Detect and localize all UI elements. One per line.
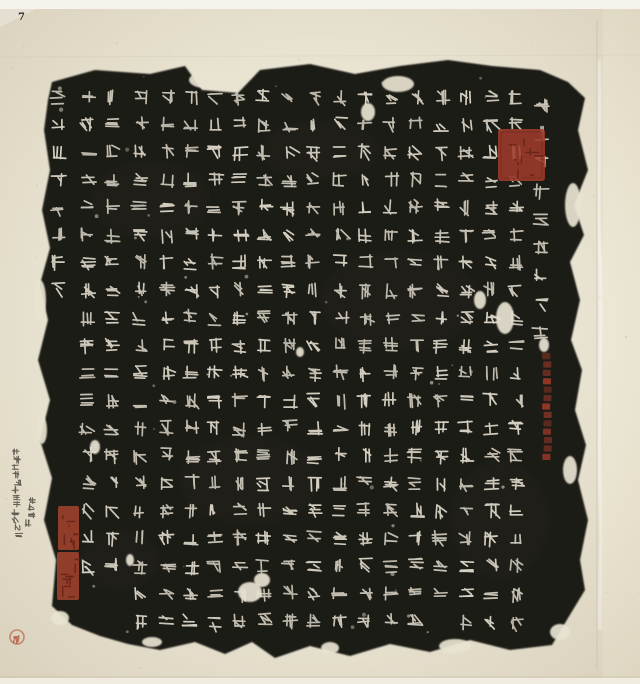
rect-collector-seal-lower [57, 552, 81, 600]
page-number: 7 [18, 12, 25, 23]
album-page: 7 [0, 0, 640, 684]
square-collector-seal [498, 129, 545, 181]
rect-collector-seal-upper [58, 506, 80, 550]
rubbing-scan [0, 0, 640, 684]
